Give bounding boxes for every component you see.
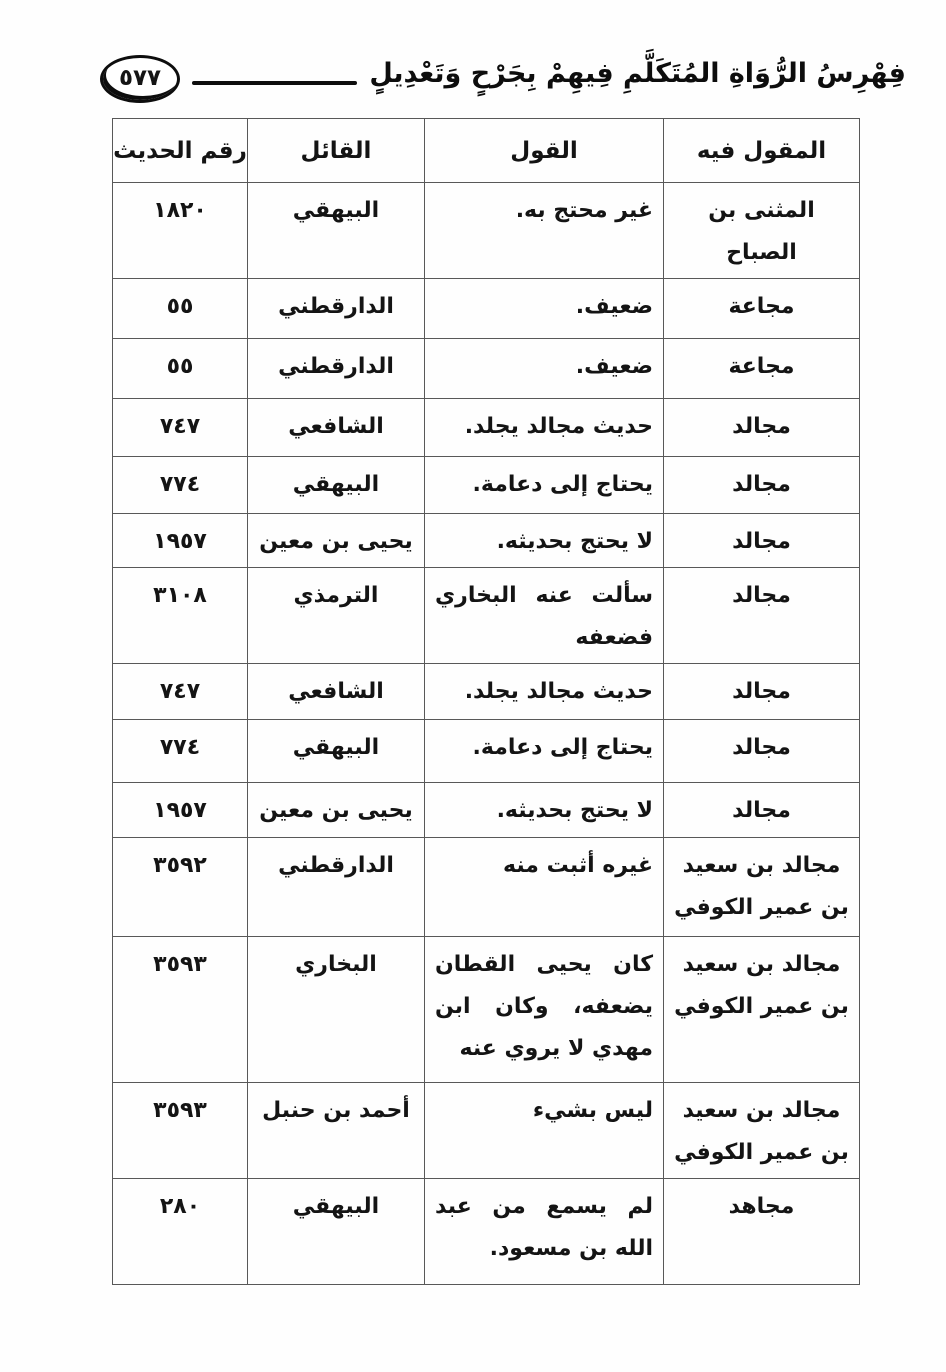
header-saying: القول [425,119,664,183]
saying-cell: حديث مجالد يجلد. [425,399,664,457]
hadith-number-cell: ٣١٠٨ [113,568,248,664]
sayer-cell: الترمذي [248,568,425,664]
saying-cell: ضعيف. [425,279,664,339]
table-row: مجالديحتاج إلى دعامة.البيهقي٧٧٤ [113,720,860,783]
saying-cell: لا يحتج بحديثه. [425,514,664,568]
hadith-number-cell: ١٨٢٠ [113,183,248,279]
sayer-cell: الدارقطني [248,339,425,399]
sayer-cell: يحيى بن معين [248,783,425,838]
header-rule [192,81,357,85]
hadith-number-cell: ٥٥ [113,279,248,339]
sayer-cell: أحمد بن حنبل [248,1083,425,1179]
subject-cell: مجاعة [664,339,860,399]
sayer-cell: البيهقي [248,457,425,514]
saying-cell: حديث مجالد يجلد. [425,664,664,720]
saying-cell: لا يحتج بحديثه. [425,783,664,838]
hadith-number-cell: ٣٥٩٣ [113,1083,248,1179]
table-row: مجالدلا يحتج بحديثه.يحيى بن معين١٩٥٧ [113,514,860,568]
sayer-cell: البيهقي [248,183,425,279]
hadith-number-cell: ٧٧٤ [113,720,248,783]
hadith-number-cell: ٧٤٧ [113,399,248,457]
table-row: مجالديحتاج إلى دعامة.البيهقي٧٧٤ [113,457,860,514]
sayer-cell: الشافعي [248,399,425,457]
table-row: المثنى بن الصباحغير محتج به.البيهقي١٨٢٠ [113,183,860,279]
page-number: ٥٧٧ [119,67,161,92]
table-row: مجالدحديث مجالد يجلد.الشافعي٧٤٧ [113,399,860,457]
saying-cell: لم يسمع من عبد الله بن مسعود. [425,1179,664,1285]
table-row: مجاعةضعيف.الدارقطني٥٥ [113,339,860,399]
hadith-number-cell: ٣٥٩٢ [113,838,248,937]
header-subject: المقول فيه [664,119,860,183]
table-row: مجالد بن سعيد بن عمير الكوفيغيره أثبت من… [113,838,860,937]
header-sayer: القائل [248,119,425,183]
saying-cell: كان يحيى القطان يضعفه، وكان ابن مهدي لا … [425,937,664,1083]
sayer-cell: البخاري [248,937,425,1083]
scanned-book-page: فِهْرِسُ الرُّوَاةِ المُتَكَلَّمِ فِيهِم… [0,0,946,1372]
hadith-number-cell: ١٩٥٧ [113,783,248,838]
hadith-number-cell: ٧٤٧ [113,664,248,720]
sayer-cell: الدارقطني [248,279,425,339]
subject-cell: مجالد [664,664,860,720]
table-row: مجالد بن سعيد بن عمير الكوفيليس بشيءأحمد… [113,1083,860,1179]
subject-cell: مجالد [664,514,860,568]
sayer-cell: الدارقطني [248,838,425,937]
saying-cell: يحتاج إلى دعامة. [425,457,664,514]
table-header-row: المقول فيه القول القائل رقم الحديث [113,119,860,183]
table-row: مجاعةضعيف.الدارقطني٥٥ [113,279,860,339]
saying-cell: غيره أثبت منه [425,838,664,937]
subject-cell: المثنى بن الصباح [664,183,860,279]
subject-cell: مجالد بن سعيد بن عمير الكوفي [664,838,860,937]
narrators-index-table: المقول فيه القول القائل رقم الحديث المثن… [112,118,860,1285]
page-title: فِهْرِسُ الرُّوَاةِ المُتَكَلَّمِ فِيهِم… [369,38,906,110]
hadith-number-cell: ٥٥ [113,339,248,399]
subject-cell: مجالد [664,783,860,838]
hadith-number-cell: ٢٨٠ [113,1179,248,1285]
subject-cell: مجالد [664,720,860,783]
subject-cell: مجالد بن سعيد بن عمير الكوفي [664,1083,860,1179]
saying-cell: ليس بشيء [425,1083,664,1179]
subject-cell: مجالد [664,457,860,514]
subject-cell: مجالد بن سعيد بن عمير الكوفي [664,937,860,1083]
subject-cell: مجالد [664,568,860,664]
hadith-number-cell: ٧٧٤ [113,457,248,514]
table-row: مجالد بن سعيد بن عمير الكوفيكان يحيى الق… [113,937,860,1083]
table-row: مجالدحديث مجالد يجلد.الشافعي٧٤٧ [113,664,860,720]
table-row: مجاهدلم يسمع من عبد الله بن مسعود.البيهق… [113,1179,860,1285]
page-number-badge: ٥٧٧ [100,55,180,103]
subject-cell: مجاهد [664,1179,860,1285]
subject-cell: مجالد [664,399,860,457]
saying-cell: غير محتج به. [425,183,664,279]
sayer-cell: البيهقي [248,720,425,783]
hadith-number-cell: ٣٥٩٣ [113,937,248,1083]
page-header: فِهْرِسُ الرُّوَاةِ المُتَكَلَّمِ فِيهِم… [100,38,906,110]
sayer-cell: البيهقي [248,1179,425,1285]
saying-cell: سألت عنه البخاري فضعفه [425,568,664,664]
header-hadith-number: رقم الحديث [113,119,248,183]
subject-cell: مجاعة [664,279,860,339]
saying-cell: ضعيف. [425,339,664,399]
table-row: مجالدلا يحتج بحديثه.يحيى بن معين١٩٥٧ [113,783,860,838]
saying-cell: يحتاج إلى دعامة. [425,720,664,783]
sayer-cell: الشافعي [248,664,425,720]
sayer-cell: يحيى بن معين [248,514,425,568]
table-row: مجالدسألت عنه البخاري فضعفهالترمذي٣١٠٨ [113,568,860,664]
index-table-body: المثنى بن الصباحغير محتج به.البيهقي١٨٢٠م… [113,183,860,1285]
hadith-number-cell: ١٩٥٧ [113,514,248,568]
table-header: المقول فيه القول القائل رقم الحديث [113,119,860,183]
